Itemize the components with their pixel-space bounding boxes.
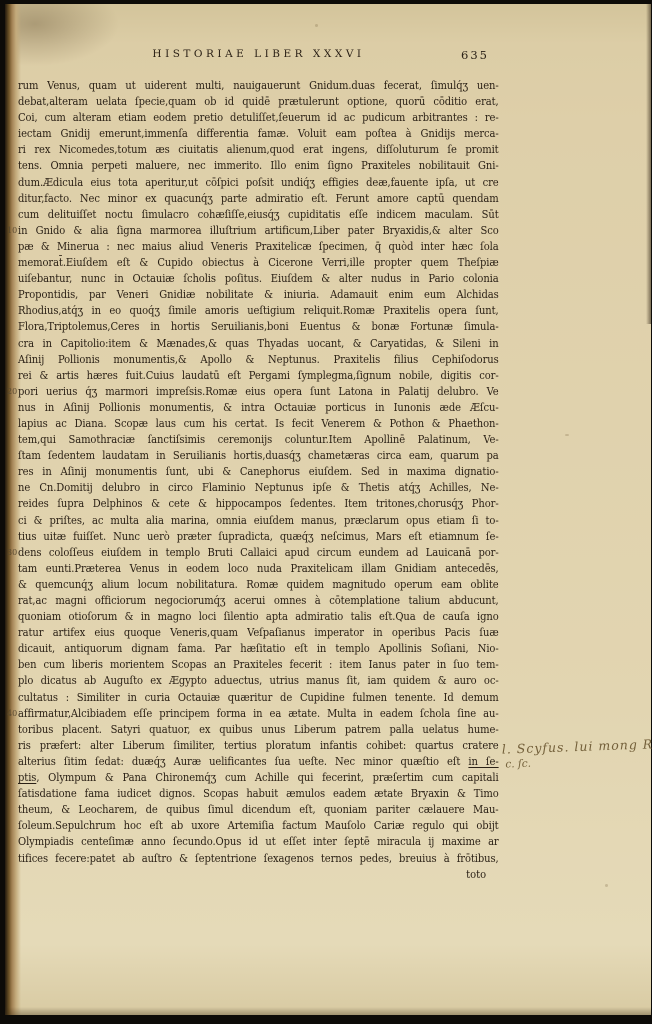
page-header: HISTORIAE LIBER XXXVI 635 — [18, 48, 499, 64]
margin-line-number: 40 — [7, 709, 17, 719]
running-title: HISTORIAE LIBER XXXVI — [18, 48, 499, 60]
margin-line-number: 10 — [7, 226, 17, 236]
text-line: quoniam otioſorum & in magno loci ſilent… — [18, 609, 499, 625]
margin-line-number: 20 — [7, 387, 17, 397]
text-line: ſatisdatione fama iudicet dignos. Scopas… — [18, 786, 499, 802]
text-line: theum, & Leocharem, de quibus ſimul dice… — [18, 802, 499, 818]
page-right-edge-shadow — [646, 4, 651, 324]
text-line: & quemcunq́ʒ alium locum nobilitatura. R… — [18, 577, 499, 593]
handwritten-note-line2: c. ſc. — [505, 753, 652, 770]
text-line: cra in Capitolio:item & Mænades,& quas T… — [18, 336, 499, 352]
book-page: HISTORIAE LIBER XXXVI 635 rum Venus, qua… — [5, 4, 651, 1015]
text-line: dens coloſſeus eiuſdem in templo Bruti C… — [18, 545, 499, 561]
text-line: tifices fecere:patet ab auſtro & ſeptent… — [18, 851, 499, 867]
text-line: Propontidis, par Veneri Gnidiæ nobilitat… — [18, 287, 499, 303]
text-line: cultatus : Similiter in curia Octauiæ qu… — [18, 690, 499, 706]
handwritten-margin-note: l. Scyfus. lui mong Roma. c. ſc. — [502, 736, 652, 770]
text-line: reides ſupra Delphinos & cete & hippocam… — [18, 496, 499, 512]
text-line: tens. Omnia perpeti maluere, nec immerit… — [18, 158, 499, 174]
text-line: ſoleum.Sepulchrum hoc eſt ab uxore Artem… — [18, 818, 499, 834]
text-line: dum.Ædicula eius tota aperitur,ut cōſpic… — [18, 175, 499, 191]
text-line: uiſebantur, nunc in Octauiæ ſcholis poſi… — [18, 271, 499, 287]
text-line: rei & artis hæres fuit.Cuius laudatū eſt… — [18, 368, 499, 384]
text-line: dicauit, antiquorum dignam fama. Par hæſ… — [18, 641, 499, 657]
paper-speck — [605, 884, 608, 887]
text-line: iectam Gnidij emerunt,immenſa differenti… — [18, 126, 499, 142]
paper-speck — [565, 434, 569, 436]
text-line: tam eunti.Præterea Venus in eodem loco n… — [18, 561, 499, 577]
text-line: res in Aſinij monumentis ſunt, ubi & Can… — [18, 464, 499, 480]
text-line: cum delituiſſet noctu ſimulacro cohæſiſſ… — [18, 207, 499, 223]
text-line: ne Cn.Domitij delubro in circo Flaminio … — [18, 480, 499, 496]
margin-line-number: 30 — [7, 548, 17, 558]
text-line: ri rex Nicomedes,totum æs ciuitatis alie… — [18, 142, 499, 158]
text-line: toribus placent. Satyri quatuor, ex quib… — [18, 722, 499, 738]
text-line: nus in Aſinij Pollionis monumentis, & in… — [18, 400, 499, 416]
text-line: alterius ſitim ſedat: duæq́ʒ Auræ uelifi… — [18, 754, 499, 770]
text-line: tius uitæ fuiſſet. Nunc uerò præter ſupr… — [18, 529, 499, 545]
text-line: ratur artifex eius quoque Veneris,quam V… — [18, 625, 499, 641]
paper-speck — [315, 24, 318, 27]
text-line: tem,qui Samothraciæ ſanctiſsimis ceremon… — [18, 432, 499, 448]
text-line: Coi, cum alteram etiam eodem pretio detu… — [18, 110, 499, 126]
text-line: ben cum liberis morientem Scopas an Prax… — [18, 657, 499, 673]
text-line: rum Venus, quam ut uiderent multi, nauig… — [18, 78, 499, 94]
text-lines: rum Venus, quam ut uiderent multi, nauig… — [18, 78, 499, 883]
text-line: pæ & Minerua : nec maius aliud Veneris P… — [18, 239, 499, 255]
text-line: ris præfert: alter Liberum ſimiliter, te… — [18, 738, 499, 754]
page-number: 635 — [461, 48, 489, 62]
text-line: plo dicatus ab Auguſto ex Ægypto aduectu… — [18, 673, 499, 689]
text-line: ſtam ſedentem laudatam in Seruilianis ho… — [18, 448, 499, 464]
text-line: ptis, Olympum & Pana Chironemq́ʒ cum Ach… — [18, 770, 499, 786]
text-line: in Gnido & alia ſigna marmorea illuſtriu… — [18, 223, 499, 239]
text-line: lapius ac Diana. Scopæ laus cum his cert… — [18, 416, 499, 432]
text-line: Olympiadis centeſimæ anno ſecundo.Opus i… — [18, 834, 499, 850]
text-line: Flora,Triptolemus,Ceres in hortis Seruil… — [18, 319, 499, 335]
text-line: ditur,facto. Nec minor ex quacunq́ʒ part… — [18, 191, 499, 207]
text-line: affirmatur,Alcibiadem eſſe principem for… — [18, 706, 499, 722]
text-line: ci & priſtes, ac multa alia marina, omni… — [18, 513, 499, 529]
text-line: pori uerius q́ʒ marmori impreſsis.Romæ e… — [18, 384, 499, 400]
text-line: Rhodius,atq́ʒ in eo quoq́ʒ ſimile amoris… — [18, 303, 499, 319]
scanned-book-photo: { "header": { "running_title": "HISTORIA… — [0, 0, 652, 1024]
catchword: toto — [18, 867, 499, 883]
text-line: memorat̄.Eiuſdem eſt & Cupido obiectus à… — [18, 255, 499, 271]
text-line: Aſinij Pollionis monumentis,& Apollo & N… — [18, 352, 499, 368]
text-line: rat,ac magni officiorum negociorumq́ʒ ac… — [18, 593, 499, 609]
page-bottom-edge-shadow — [5, 1007, 651, 1015]
text-line: debat,alteram uelata ſpecie,quam ob id q… — [18, 94, 499, 110]
